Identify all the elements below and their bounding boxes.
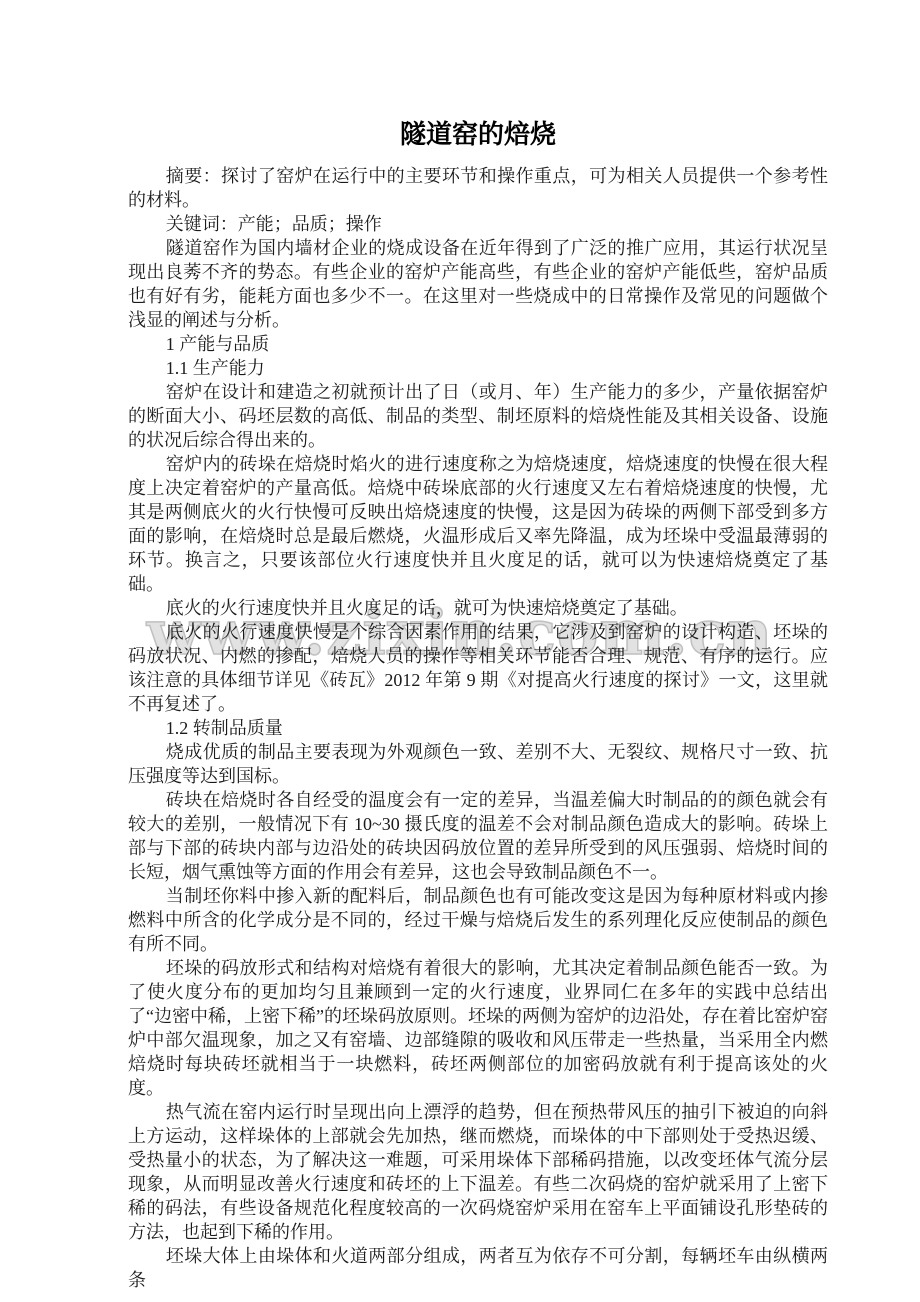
paragraph: 底火的火行速度快慢是个综合因素作用的结果，它涉及到窑炉的设计构造、坯垛的码放状况…: [128, 620, 828, 716]
section-heading: 1.2 转制品质量: [128, 716, 828, 740]
paragraph: 隧道窑作为国内墙材企业的烧成设备在近年得到了广泛的推广应用，其运行状况呈现出良莠…: [128, 236, 828, 332]
paragraph: 坯垛的码放形式和结构对焙烧有着很大的影响，尤其决定着制品颜色能否一致。为了使火度…: [128, 956, 828, 1100]
paragraph: 砖块在焙烧时各自经受的温度会有一定的差异，当温差偏大时制品的的颜色就会有较大的差…: [128, 788, 828, 884]
document-page: www.zixin.com.cn 隧道窑的焙烧 摘要：探讨了窑炉在运行中的主要环…: [0, 0, 920, 1302]
document-title: 隧道窑的焙烧: [128, 118, 828, 152]
paragraph: 烧成优质的制品主要表现为外观颜色一致、差别不大、无裂纹、规格尺寸一致、抗压强度等…: [128, 740, 828, 788]
section-heading: 1.1 生产能力: [128, 356, 828, 380]
paragraph: 当制坯你料中掺入新的配料后，制品颜色也有可能改变这是因为每种原材料或内掺燃料中所…: [128, 884, 828, 956]
paragraph: 底火的火行速度快并且火度足的话，就可为快速焙烧奠定了基础。: [128, 596, 828, 620]
document-body: 摘要：探讨了窑炉在运行中的主要环节和操作重点，可为相关人员提供一个参考性的材料。…: [128, 164, 828, 1292]
section-heading: 1 产能与品质: [128, 332, 828, 356]
paragraph: 关键词：产能；品质；操作: [128, 212, 828, 236]
paragraph: 热气流在窑内运行时呈现出向上漂浮的趋势，但在预热带风压的抽引下被迫的向斜上方运动…: [128, 1100, 828, 1244]
paragraph: 摘要：探讨了窑炉在运行中的主要环节和操作重点，可为相关人员提供一个参考性的材料。: [128, 164, 828, 212]
document-content: 隧道窑的焙烧 摘要：探讨了窑炉在运行中的主要环节和操作重点，可为相关人员提供一个…: [128, 118, 828, 1292]
paragraph: 窑炉在设计和建造之初就预计出了日（或月、年）生产能力的多少，产量依据窑炉的断面大…: [128, 380, 828, 452]
paragraph: 窑炉内的砖垛在焙烧时焰火的进行速度称之为焙烧速度，焙烧速度的快慢在很大程度上决定…: [128, 452, 828, 596]
paragraph: 坯垛大体上由垛体和火道两部分组成，两者互为依存不可分割，每辆坯车由纵横两条: [128, 1244, 828, 1292]
